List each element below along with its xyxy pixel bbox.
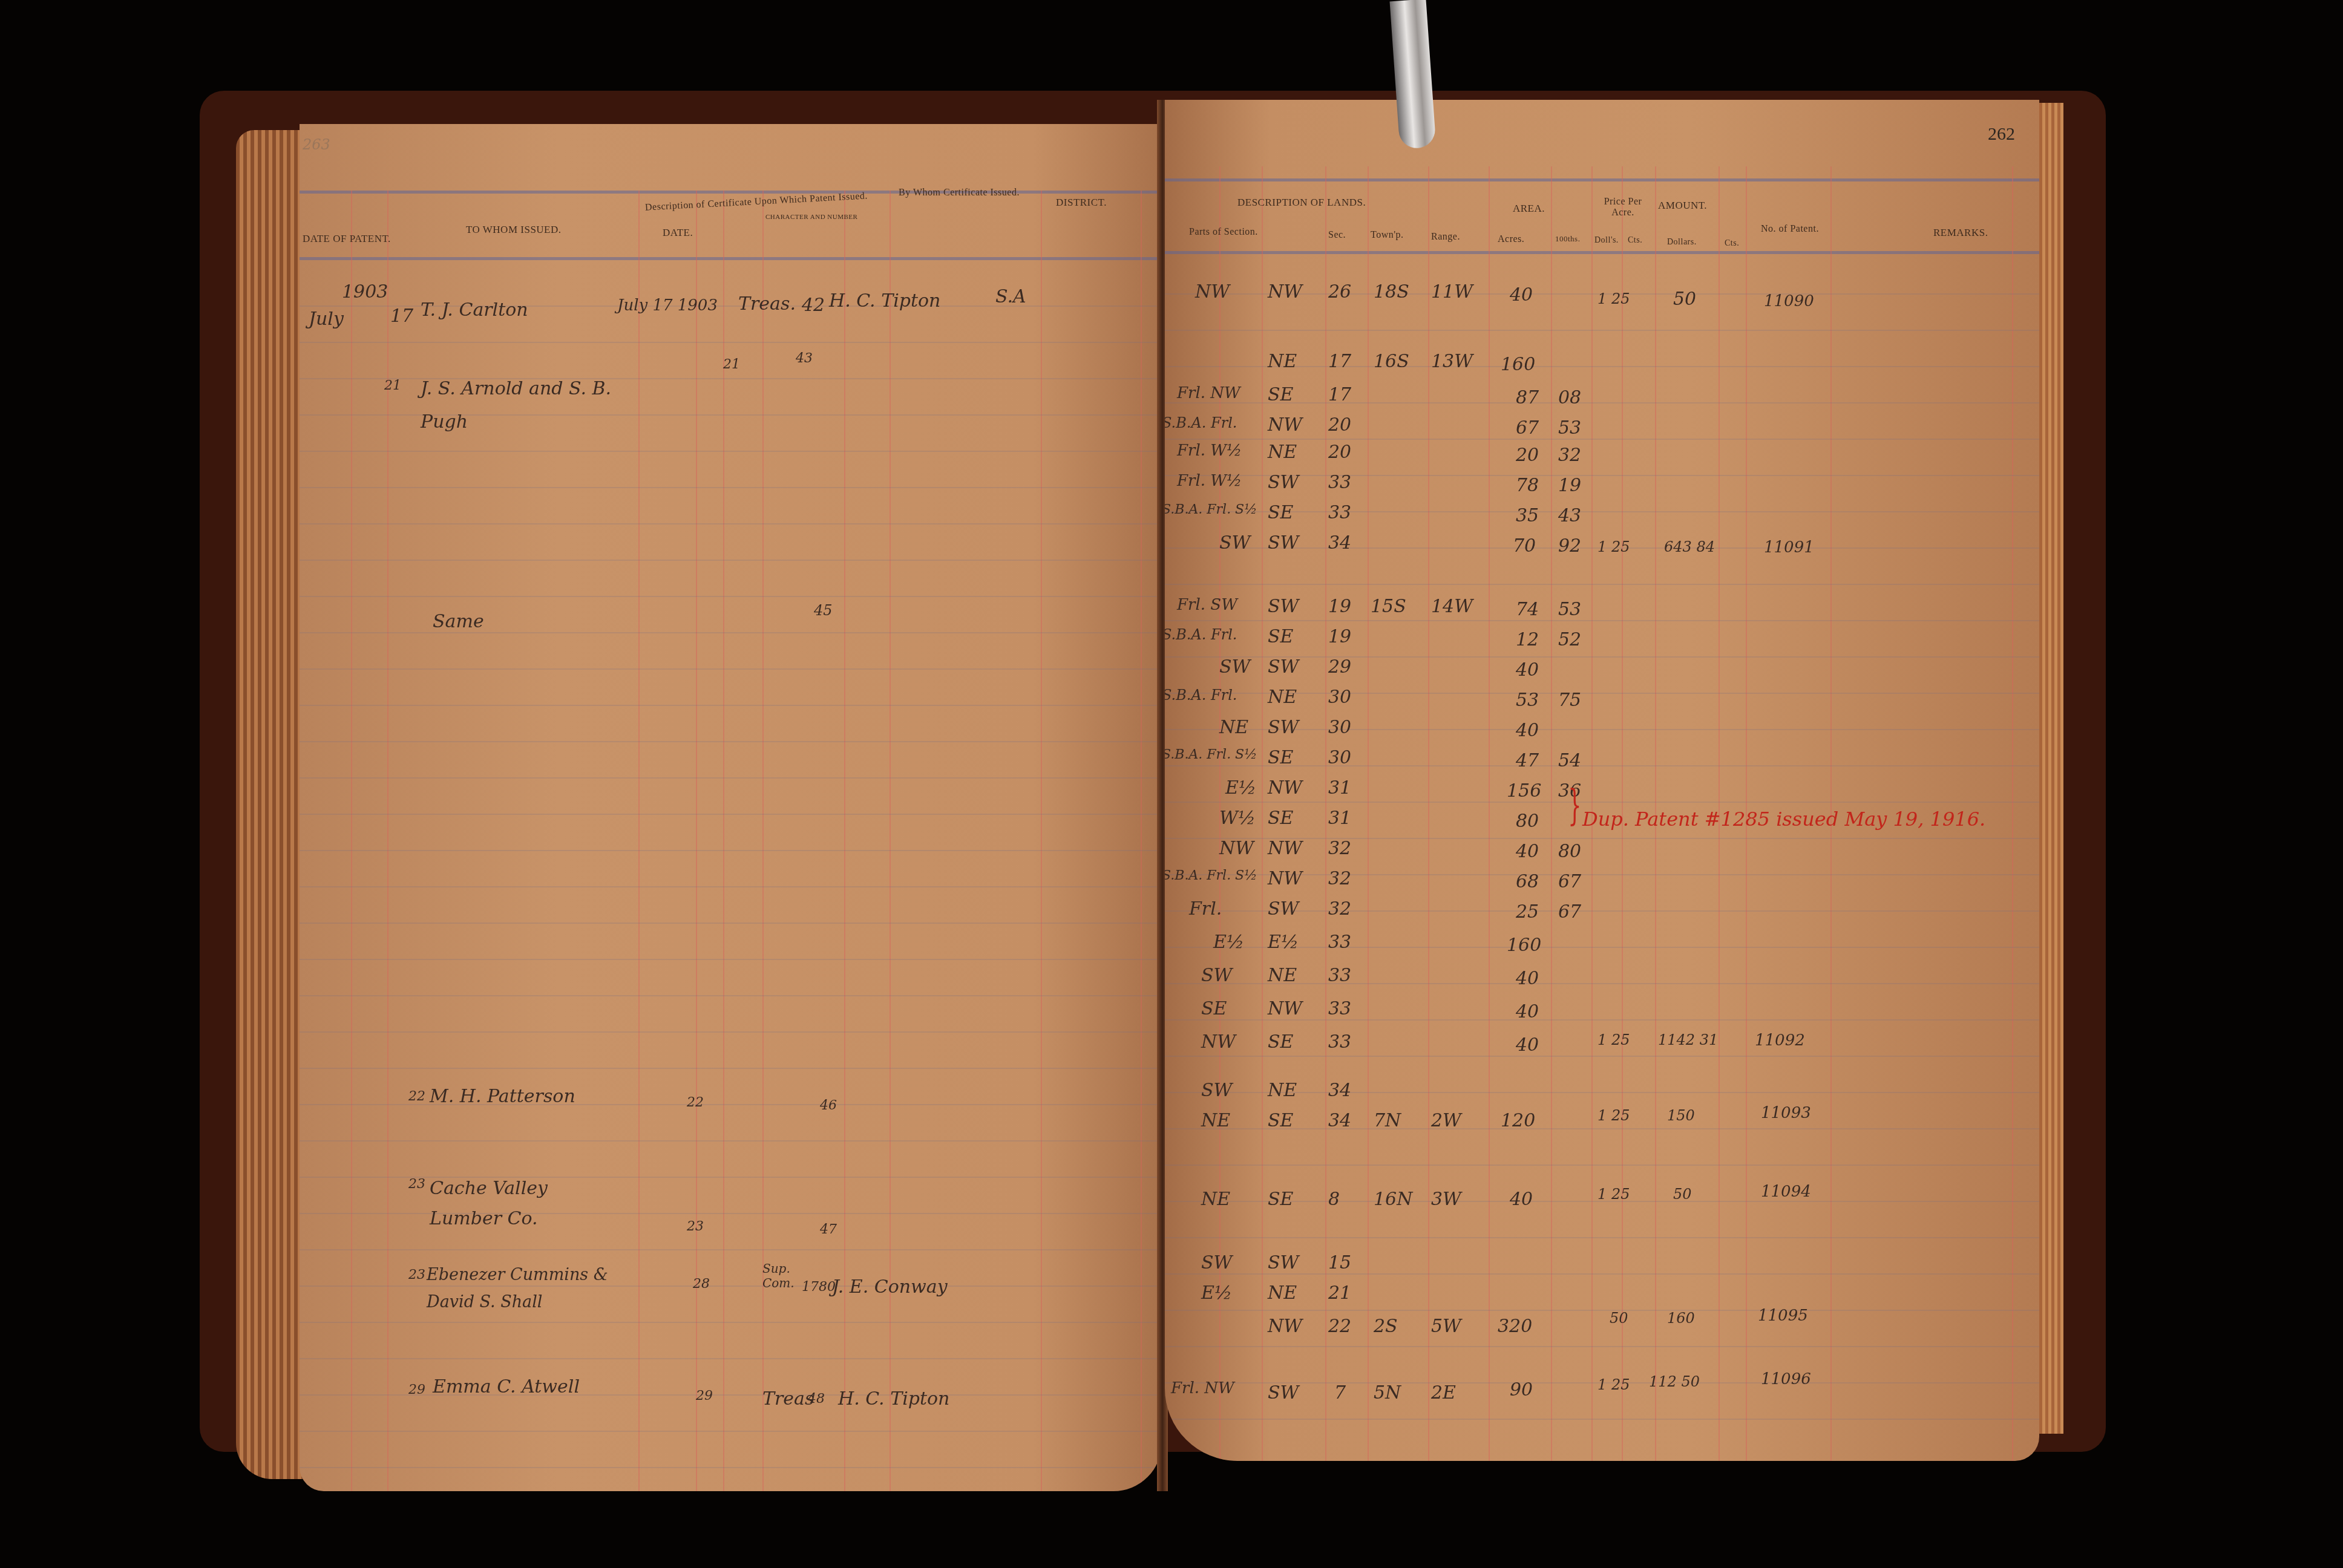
handwritten-value: 22	[1328, 1316, 1351, 1337]
ruled-line	[1141, 191, 1142, 1491]
ruled-line	[300, 705, 1162, 706]
handwritten-value: 5N	[1374, 1382, 1401, 1403]
handwritten-value: 11096	[1761, 1370, 1811, 1388]
ruled-line	[300, 1104, 1162, 1105]
handwritten-value: 40	[1516, 968, 1539, 989]
handwritten-value: Sup. Com.	[762, 1261, 799, 1290]
handwritten-value: 30	[1328, 687, 1351, 708]
handwritten-value: SE	[1268, 626, 1293, 647]
handwritten-value: 8	[1328, 1189, 1340, 1210]
handwritten-value: 25	[1516, 901, 1539, 923]
pencil-page-mark: 263	[303, 136, 330, 153]
handwritten-value: Emma C. Atwell	[433, 1376, 580, 1397]
handwritten-value: 150	[1667, 1107, 1695, 1124]
handwritten-value: SE	[1268, 808, 1293, 829]
handwritten-value: SE	[1268, 1110, 1293, 1131]
ruled-line	[300, 923, 1162, 924]
ruled-line	[1165, 802, 2039, 803]
handwritten-value: S.B.A. Frl.	[1165, 626, 1237, 643]
ruled-line	[300, 560, 1162, 561]
handwritten-value: 7N	[1374, 1110, 1401, 1131]
header-range: Range.	[1431, 232, 1460, 243]
handwritten-value: 35	[1516, 505, 1539, 526]
header-date-of-patent: DATE OF PATENT.	[303, 233, 391, 245]
handwritten-value: SW	[1201, 1252, 1232, 1273]
handwritten-value: 33	[1328, 502, 1351, 523]
ruled-line	[300, 523, 1162, 524]
handwritten-value: 34	[1328, 1080, 1351, 1101]
handwritten-value: T. J. Carlton	[421, 299, 528, 321]
handwritten-value: SE	[1268, 747, 1293, 768]
handwritten-value: 15	[1328, 1252, 1351, 1273]
ruled-line	[300, 487, 1162, 488]
handwritten-value: 29	[1328, 656, 1351, 678]
handwritten-value: Same	[433, 611, 484, 632]
header-district: DISTRICT.	[1056, 197, 1107, 209]
ruled-line	[300, 959, 1162, 960]
ruled-line	[638, 191, 640, 1491]
handwritten-value: 22	[687, 1095, 704, 1110]
handwritten-value: SW	[1268, 596, 1299, 617]
handwritten-value: 67	[1558, 901, 1581, 923]
handwritten-value: 14W	[1431, 596, 1473, 617]
ruled-line	[300, 1177, 1162, 1178]
handwritten-value: E½	[1213, 932, 1244, 953]
ruled-line	[300, 1249, 1162, 1250]
handwritten-value: 40	[1510, 284, 1533, 305]
ruled-line	[1165, 330, 2039, 331]
ruled-line	[1165, 620, 2039, 621]
handwritten-value: 33	[1328, 932, 1351, 953]
ruled-line	[300, 741, 1162, 742]
handwritten-value: 74	[1516, 599, 1539, 620]
handwritten-value: 13W	[1431, 351, 1473, 372]
handwritten-value: SW	[1268, 717, 1299, 738]
handwritten-value: Frl. NW	[1177, 384, 1240, 402]
handwritten-value: 47	[1516, 750, 1539, 771]
ruled-line	[1165, 1419, 2039, 1420]
ruled-line	[1165, 765, 2039, 766]
handwritten-value: 45	[814, 602, 833, 619]
header-bottom-rule	[1165, 251, 2039, 254]
header-sec: Sec.	[1328, 230, 1346, 241]
handwritten-value: S.B.A. Frl. S½	[1165, 747, 1257, 762]
header-cts: Cts.	[1628, 236, 1642, 246]
ruled-line	[1165, 1056, 2039, 1057]
header-100ths: 100ths.	[1555, 234, 1580, 244]
ruled-line	[1165, 439, 2039, 440]
ruled-line	[300, 1031, 1162, 1033]
header-character-number: CHARACTER AND NUMBER	[765, 214, 857, 221]
header-dollars: Dollars.	[1667, 238, 1697, 247]
ruled-line	[1165, 1273, 2039, 1275]
ruled-line	[300, 1394, 1162, 1396]
handwritten-value: NW	[1268, 414, 1302, 436]
handwritten-value: 53	[1558, 417, 1581, 439]
handwritten-value: 32	[1328, 898, 1351, 920]
handwritten-value: 53	[1558, 599, 1581, 620]
handwritten-value: 1 25	[1597, 1186, 1630, 1203]
handwritten-value: NW	[1268, 1316, 1302, 1337]
handwritten-value: NE	[1268, 965, 1297, 986]
ruled-line	[1165, 1237, 2039, 1238]
handwritten-value: 40	[1510, 1189, 1533, 1210]
handwritten-value: 43	[1558, 505, 1581, 526]
handwritten-value: NW	[1268, 868, 1302, 889]
handwritten-value: 22	[408, 1089, 425, 1104]
header-by-whom: By Whom Certificate Issued.	[893, 188, 1026, 198]
handwritten-value: 1142 31	[1658, 1031, 1718, 1048]
handwritten-value: 643 84	[1664, 538, 1715, 555]
handwritten-value: S.B.A. Frl.	[1165, 687, 1237, 704]
land-row: NWNW2618S11W401 255011090	[1165, 281, 2039, 312]
handwritten-value: NW	[1268, 777, 1302, 799]
ruled-line	[300, 1358, 1162, 1359]
handwritten-value: 50	[1673, 1186, 1692, 1203]
handwritten-value: Frl. W½	[1177, 442, 1242, 460]
handwritten-value: 2W	[1431, 1110, 1461, 1131]
ruled-line	[1165, 1165, 2039, 1166]
ruled-line	[300, 342, 1162, 343]
handwritten-value: 67	[1558, 871, 1581, 892]
handwritten-value: 156	[1507, 780, 1541, 802]
handwritten-value: 40	[1516, 1001, 1539, 1022]
handwritten-value: 17	[1328, 384, 1351, 405]
header-price-per-acre: Price Per Acre.	[1596, 197, 1650, 218]
handwritten-value: 12	[1516, 629, 1539, 650]
ruled-line	[300, 1213, 1162, 1214]
page-number: 262	[1988, 124, 2015, 145]
header-amount: AMOUNT.	[1658, 200, 1707, 212]
handwritten-value: July 17 1903	[617, 296, 718, 315]
ruled-line	[1165, 1346, 2039, 1347]
handwritten-value: E½	[1201, 1282, 1232, 1304]
handwritten-value: 120	[1501, 1110, 1535, 1131]
handwritten-value: 31	[1328, 777, 1351, 799]
handwritten-value: 11091	[1764, 538, 1814, 557]
ruled-line	[300, 777, 1162, 779]
handwritten-value: 1 25	[1597, 1376, 1630, 1393]
handwritten-value: 11093	[1761, 1104, 1811, 1122]
handwritten-value: 15S	[1371, 596, 1406, 617]
ruled-line	[300, 1322, 1162, 1323]
handwritten-value: NE	[1201, 1110, 1230, 1131]
handwritten-value: July	[309, 309, 344, 330]
handwritten-value: NE	[1268, 351, 1297, 372]
ruled-line	[300, 850, 1162, 851]
header-cert-date: DATE.	[663, 227, 693, 239]
ruled-line	[1165, 1019, 2039, 1021]
handwritten-value: NE	[1201, 1189, 1230, 1210]
header-townp: Town'p.	[1371, 230, 1404, 241]
handwritten-value: 29	[696, 1388, 713, 1403]
handwritten-value: SW	[1268, 656, 1299, 678]
handwritten-value: 11095	[1758, 1307, 1808, 1325]
handwritten-value: J. S. Arnold and S. B. Pugh	[421, 372, 626, 439]
handwritten-value: 54	[1558, 750, 1581, 771]
handwritten-value: 1 25	[1597, 1031, 1630, 1048]
handwritten-value: 92	[1558, 535, 1581, 557]
handwritten-value: Frl. SW	[1177, 596, 1237, 614]
handwritten-value: SE	[1201, 998, 1227, 1019]
handwritten-value: 21	[384, 378, 401, 393]
handwritten-value: 40	[1516, 1034, 1539, 1056]
ruled-line	[300, 814, 1162, 815]
handwritten-value: J. E. Conway	[832, 1276, 948, 1298]
ruled-line	[300, 451, 1162, 452]
handwritten-value: 80	[1516, 811, 1539, 832]
handwritten-value: 46	[820, 1098, 837, 1113]
handwritten-value: 42	[802, 295, 825, 316]
handwritten-value: 19	[1558, 475, 1581, 496]
ruled-line	[300, 1140, 1162, 1142]
handwritten-value: 1780	[802, 1279, 836, 1295]
handwritten-value: 19	[1328, 626, 1351, 647]
handwritten-value: SE	[1268, 384, 1293, 405]
handwritten-value: Ebenezer Cummins & David S. Shall	[427, 1261, 632, 1316]
handwritten-value: 16N	[1374, 1189, 1412, 1210]
handwritten-value: 53	[1516, 690, 1539, 711]
handwritten-value: Frl. W½	[1177, 472, 1242, 490]
handwritten-value: NE	[1219, 717, 1248, 738]
handwritten-value: 1 25	[1597, 290, 1630, 307]
handwritten-value: 33	[1328, 965, 1351, 986]
handwritten-value: NE	[1268, 1080, 1297, 1101]
handwritten-value: SW	[1219, 656, 1250, 678]
handwritten-value: 70	[1513, 535, 1536, 557]
handwritten-value: 50	[1610, 1310, 1628, 1327]
handwritten-value: 19	[1328, 596, 1351, 617]
handwritten-value: 08	[1558, 387, 1581, 408]
handwritten-value: W½	[1219, 808, 1256, 829]
handwritten-value: 11W	[1431, 281, 1473, 302]
header-dolls: Doll's.	[1594, 236, 1619, 246]
header-area: AREA.	[1513, 203, 1545, 215]
handwritten-value: 23	[687, 1219, 704, 1234]
handwritten-value: 68	[1516, 871, 1539, 892]
handwritten-value: 40	[1516, 659, 1539, 681]
handwritten-value: NW	[1268, 281, 1302, 302]
header-top-rule	[300, 191, 1162, 194]
handwritten-value: 40	[1516, 841, 1539, 862]
ruled-line	[300, 596, 1162, 597]
handwritten-value: 67	[1516, 417, 1539, 439]
handwritten-value: 320	[1498, 1316, 1532, 1337]
ruled-line	[1165, 1310, 2039, 1311]
handwritten-value: 29	[408, 1382, 425, 1397]
handwritten-value: 30	[1328, 717, 1351, 738]
handwritten-value: 21	[723, 357, 740, 372]
handwritten-value: 20	[1328, 414, 1351, 436]
handwritten-value: NW	[1201, 1031, 1236, 1053]
handwritten-value: 21	[1328, 1282, 1351, 1304]
handwritten-value: 17	[390, 305, 413, 327]
header-acres: Acres.	[1498, 234, 1524, 245]
handwritten-value: S.B.A. Frl. S½	[1165, 868, 1257, 883]
land-row: NE1716S13W160	[1165, 351, 2039, 381]
ruled-line	[1165, 402, 2039, 403]
handwritten-value: 33	[1328, 998, 1351, 1019]
handwritten-value: NW	[1219, 838, 1254, 859]
handwritten-value: 160	[1501, 354, 1535, 375]
handwritten-value: 2E	[1431, 1382, 1456, 1403]
handwritten-value: NE	[1268, 1282, 1297, 1304]
handwritten-value: 90	[1510, 1379, 1533, 1400]
handwritten-value: SE	[1268, 1189, 1293, 1210]
handwritten-value: SW	[1268, 1252, 1299, 1273]
handwritten-value: 87	[1516, 387, 1539, 408]
ruled-line	[300, 1467, 1162, 1468]
ruled-line	[300, 995, 1162, 996]
handwritten-value: SW	[1268, 532, 1299, 554]
handwritten-value: Treas	[762, 1388, 814, 1410]
handwritten-value: 48	[808, 1391, 825, 1406]
handwritten-value: E½	[1225, 777, 1256, 799]
handwritten-value: 32	[1328, 868, 1351, 889]
handwritten-value: 16S	[1374, 351, 1409, 372]
handwritten-value: 80	[1558, 841, 1581, 862]
handwritten-value: H. C. Tipton	[829, 290, 940, 312]
header-remarks: REMARKS.	[1933, 227, 1988, 239]
ruled-line	[300, 668, 1162, 670]
handwritten-value: NE	[1268, 442, 1297, 463]
handwritten-value: Frl. NW	[1171, 1379, 1234, 1397]
right-page: 262 DESCRIPTION OF LANDS. Parts of Secti…	[1165, 100, 2039, 1461]
header-parts-of-section: Parts of Section.	[1189, 227, 1258, 238]
handwritten-value: Frl.	[1189, 898, 1222, 920]
handwritten-value: 3W	[1431, 1189, 1461, 1210]
handwritten-value: 7	[1334, 1382, 1346, 1403]
handwritten-value: 34	[1328, 1110, 1351, 1131]
handwritten-value: 1903	[342, 281, 388, 302]
handwritten-value: H. C. Tipton	[838, 1388, 949, 1410]
handwritten-value: 47	[820, 1222, 837, 1237]
handwritten-value: SW	[1268, 1382, 1299, 1403]
handwritten-value: 33	[1328, 472, 1351, 493]
handwritten-value: 33	[1328, 1031, 1351, 1053]
handwritten-value: S.A	[995, 286, 1026, 307]
handwritten-value: S.B.A. Frl. S½	[1165, 502, 1257, 517]
handwritten-value: 17	[1328, 351, 1351, 372]
handwritten-value: SE	[1268, 502, 1293, 523]
handwritten-value: 160	[1667, 1310, 1695, 1327]
handwritten-value: SE	[1268, 1031, 1293, 1053]
ruled-line	[1165, 1128, 2039, 1129]
handwritten-value: 20	[1328, 442, 1351, 463]
remark-duplicate-patent: Dup. Patent #1285 issued May 19, 1916.	[1582, 808, 1985, 831]
handwritten-value: M. H. Patterson	[430, 1086, 575, 1107]
handwritten-value: NE	[1268, 687, 1297, 708]
header-no-of-patent: No. of Patent.	[1761, 224, 1819, 235]
handwritten-value: 160	[1507, 935, 1541, 956]
header-bottom-rule	[300, 257, 1162, 260]
header-certificate-description: Description of Certificate Upon Which Pa…	[638, 191, 874, 214]
red-brace: }	[1568, 780, 1581, 830]
handwritten-value: S.B.A. Frl.	[1165, 414, 1237, 431]
handwritten-value: 75	[1558, 690, 1581, 711]
handwritten-value: 50	[1673, 289, 1696, 310]
ruled-line	[723, 191, 724, 1491]
handwritten-value: 28	[693, 1276, 710, 1292]
handwritten-value: 23	[408, 1267, 425, 1282]
handwritten-value: SW	[1219, 532, 1250, 554]
ruled-line	[1165, 511, 2039, 512]
header-description-of-lands: DESCRIPTION OF LANDS.	[1237, 197, 1366, 209]
ruled-line	[1041, 191, 1042, 1491]
ruled-line	[696, 191, 697, 1491]
ruled-line	[300, 632, 1162, 633]
handwritten-value: 52	[1558, 629, 1581, 650]
header-top-rule	[1165, 178, 2039, 181]
ruled-line	[300, 886, 1162, 887]
handwritten-value: 23	[408, 1177, 425, 1192]
handwritten-value: Cache Valley Lumber Co.	[430, 1174, 587, 1234]
handwritten-value: 32	[1328, 838, 1351, 859]
handwritten-value: NW	[1268, 998, 1302, 1019]
handwritten-value: 30	[1328, 747, 1351, 768]
handwritten-value: 11094	[1761, 1183, 1811, 1201]
handwritten-value: NW	[1268, 838, 1302, 859]
ruled-line	[351, 191, 352, 1491]
handwritten-value: 31	[1328, 808, 1351, 829]
handwritten-value: 20	[1516, 445, 1539, 466]
handwritten-value: NW	[1195, 281, 1230, 302]
handwritten-value: 1 25	[1597, 538, 1630, 555]
handwritten-value: SW	[1201, 1080, 1232, 1101]
ruled-line	[300, 1431, 1162, 1432]
handwritten-value: 40	[1516, 720, 1539, 741]
left-page: 263 DATE OF PATENT. TO WHOM ISSUED. Desc…	[300, 124, 1162, 1491]
ruled-line	[762, 191, 764, 1491]
handwritten-value: SW	[1268, 898, 1299, 920]
handwritten-value: 34	[1328, 532, 1351, 554]
handwritten-value: 26	[1328, 281, 1351, 302]
header-cts2: Cts.	[1725, 239, 1739, 249]
handwritten-value: 1 25	[1597, 1107, 1630, 1124]
handwritten-value: 11092	[1755, 1031, 1805, 1050]
handwritten-value: 78	[1516, 475, 1539, 496]
handwritten-value: 43	[796, 351, 813, 366]
handwritten-value: SW	[1268, 472, 1299, 493]
handwritten-value: 11090	[1764, 292, 1814, 310]
handwritten-value: 5W	[1431, 1316, 1461, 1337]
handwritten-value: 112 50	[1649, 1373, 1700, 1390]
handwritten-value: 18S	[1374, 281, 1409, 302]
ruled-line	[1165, 584, 2039, 585]
header-to-whom-issued: TO WHOM ISSUED.	[466, 224, 562, 236]
handwritten-value: SW	[1201, 965, 1232, 986]
ruled-line	[300, 1068, 1162, 1069]
handwritten-value: Treas.	[738, 293, 796, 315]
handwritten-value: 32	[1558, 445, 1581, 466]
handwritten-value: 2S	[1374, 1316, 1398, 1337]
handwritten-value: E½	[1268, 932, 1299, 953]
